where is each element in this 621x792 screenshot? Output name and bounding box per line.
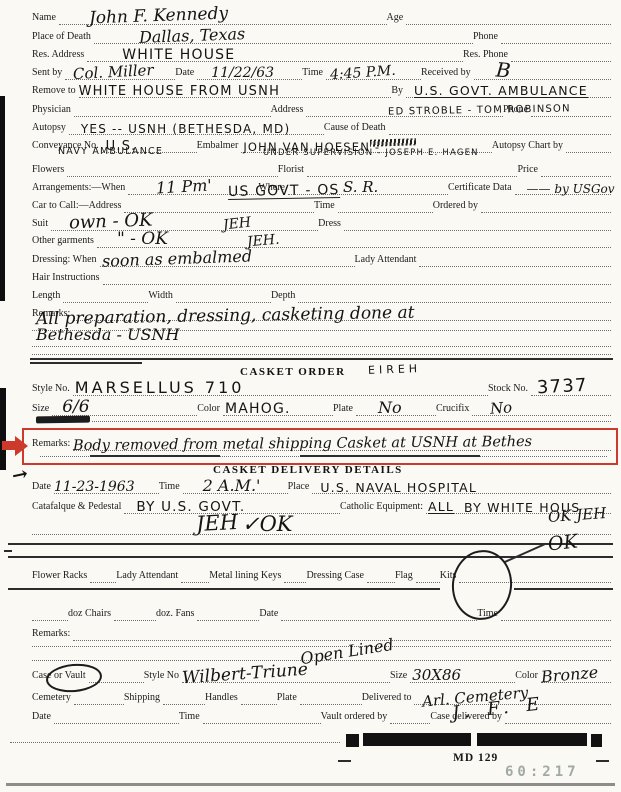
color-field: MAHOG. <box>223 400 333 416</box>
crucifix-field: No <box>472 400 611 416</box>
delivered-to-label: Delivered to <box>362 693 415 705</box>
size-row: Size 6/6 Color MAHOG. Plate No Crucifix … <box>32 399 611 416</box>
vault-style-value: Wilbert-Triune <box>182 662 309 688</box>
jeh-annotation: JEH <box>195 512 238 535</box>
date-field: 11/22/63 <box>197 64 302 80</box>
vault-color-value: Bronze <box>540 665 598 686</box>
casket-order-title: CASKET ORDER <box>240 366 346 378</box>
delivery-time-value: 2 A.M.' <box>203 478 261 494</box>
flowers-field <box>67 161 278 177</box>
heavy-rule <box>8 556 613 558</box>
catafalque-label: Catafalque & Pedestal <box>32 502 124 514</box>
form-number: MD 129 <box>453 753 498 765</box>
obscured-label-smudge <box>36 416 90 424</box>
florist-label: Florist <box>278 165 307 177</box>
res-phone-field <box>511 46 611 62</box>
embalmer-label: Embalmer <box>197 141 242 153</box>
size-field: 6/6 <box>52 400 197 416</box>
res-address-value: WHITE HOUSE <box>122 48 235 62</box>
chairs-field <box>114 605 156 621</box>
age-label: Age <box>387 13 407 25</box>
place-of-death-row: Place of Death Dallas, Texas Phone <box>32 27 611 44</box>
vault-ordered-by-label: Vault ordered by <box>321 712 391 724</box>
casket-delivery-title: CASKET DELIVERY DETAILS <box>213 464 403 476</box>
vault-date-field <box>54 708 179 724</box>
suit-field: own - OK JEH <box>51 215 318 231</box>
phone-label: Phone <box>473 32 501 44</box>
style-no-row: Style No. MARSELLUS 710 Stock No. 3737 <box>32 379 611 396</box>
lady-attendant2-field <box>181 567 209 583</box>
where-value: S. R. <box>343 180 378 195</box>
red-arrow-annotation <box>2 441 15 450</box>
name-field: John F. Kennedy <box>59 9 387 25</box>
scan-edge-artifact <box>0 96 5 301</box>
conveyance-sub-note: NAVY AMBULANCE <box>58 147 163 157</box>
dress-label: Dress <box>318 219 344 231</box>
shipping-label: Shipping <box>124 693 163 705</box>
stock-no-label: Stock No. <box>488 384 531 396</box>
delivery-remarks-field <box>73 625 611 641</box>
flowers-row: Flowers Florist Price <box>32 160 611 177</box>
chairs-time-field <box>501 605 611 621</box>
lady-attendant2-label: Lady Attendant <box>116 571 181 583</box>
catafalque-row: Catafalque & Pedestal BY U.S. GOVT. Cath… <box>32 497 611 514</box>
crucifix-label: Crucifix <box>436 404 472 416</box>
certificate-data-value: —— by USGov <box>527 183 615 195</box>
width-label: Width <box>148 291 176 303</box>
delivery-date-label: Date <box>32 482 54 494</box>
suit-label: Suit <box>32 219 51 231</box>
by-value: U.S. GOVT. AMBULANCE <box>414 85 588 99</box>
florist-field <box>307 161 518 177</box>
ok-annotation: OK <box>547 532 579 554</box>
received-by-value: B <box>495 59 511 80</box>
delivery-time-label: Time <box>159 482 183 494</box>
dimensions-row: Length Width Depth <box>32 286 611 303</box>
casket-order-note: EIREH <box>368 363 421 376</box>
dressing-row: Dressing: When soon as embalmed Lady Att… <box>32 250 611 267</box>
style-no-label: Style No. <box>32 384 73 396</box>
vault-row: Case or Vault Style No Wilbert-Triune Si… <box>32 666 611 683</box>
suit-initials: JEH <box>222 216 251 233</box>
date-label: Date <box>175 68 197 80</box>
red-arrow-head <box>15 436 28 456</box>
plate-value: No <box>378 400 402 416</box>
delivery-remarks-row: Remarks: <box>32 624 611 641</box>
chairs-time-label: Time <box>477 609 501 621</box>
sent-by-row: Sent by Col. Miller Date 11/22/63 Time 4… <box>32 63 611 80</box>
doz-fans-label: doz. Fans <box>156 609 197 621</box>
certificate-data-label: Certificate Data <box>448 183 515 195</box>
delivery-date-value: 11-23-1963 <box>54 480 135 494</box>
ordered-by-label: Ordered by <box>433 201 481 213</box>
vault-size-label: Size <box>390 671 410 683</box>
received-by-label: Received by <box>421 68 474 80</box>
heavy-rule <box>8 588 440 590</box>
metal-lining-keys-label: Metal lining Keys <box>209 571 284 583</box>
arrangements-label: Arrangements:—When <box>32 183 128 195</box>
vault-size-value: 30X86 <box>412 668 461 683</box>
page-stamp: 60:217 <box>505 764 580 780</box>
footer-dash <box>596 760 609 762</box>
redaction-bar <box>346 734 359 747</box>
call-time-field <box>338 197 433 213</box>
delivery-remarks-label: Remarks: <box>32 629 73 641</box>
delivery-time-field: 2 A.M.' <box>183 478 288 494</box>
time-field: 4:45 P.M. <box>326 64 421 80</box>
ok-jeh-annotation: OK JEH <box>548 506 607 525</box>
section-divider <box>30 358 613 360</box>
plate-label: Plate <box>333 404 356 416</box>
underline-stroke <box>90 455 220 457</box>
doz-chairs-label: doz Chairs <box>68 609 114 621</box>
hair-instructions-label: Hair Instructions <box>32 273 103 285</box>
res-address-row: Res. Address WHITE HOUSE Res. Phone <box>32 45 611 62</box>
res-address-field: WHITE HOUSE <box>87 46 463 62</box>
dotted-line <box>32 346 611 347</box>
dress-field <box>344 215 611 231</box>
autopsy-chart-field <box>566 137 611 153</box>
catholic-equipment-label: Catholic Equipment: <box>340 502 426 514</box>
place-of-death-field: Dallas, Texas <box>94 28 473 44</box>
redaction-bar <box>477 733 587 746</box>
other-garments-field: " - OK JEH. <box>97 232 611 248</box>
hair-instructions-field <box>103 269 612 285</box>
price-label: Price <box>517 165 541 177</box>
date-value: 11/22/63 <box>211 66 274 80</box>
plate-field: No <box>356 400 436 416</box>
lady-attendant-label: Lady Attendant <box>355 255 420 267</box>
length-label: Length <box>32 291 63 303</box>
dressing-when-value: soon as embalmed <box>101 248 252 269</box>
chairs-date-label: Date <box>259 609 281 621</box>
jeh-ok-annotation: ✓OK <box>242 514 293 535</box>
other-garments-value: " - OK <box>117 231 168 248</box>
dotted-line <box>32 354 611 355</box>
res-address-label: Res. Address <box>32 50 87 62</box>
dressing-when-label: Dressing: When <box>32 255 100 267</box>
physician-field <box>74 101 271 117</box>
autopsy-chart-label: Autopsy Chart by <box>492 141 566 153</box>
physician-address-label: Address <box>271 105 307 117</box>
sent-by-label: Sent by <box>32 68 65 80</box>
color-label: Color <box>197 404 223 416</box>
sent-by-field: Col. Miller <box>65 64 175 80</box>
cemetery-label: Cemetery <box>32 693 74 705</box>
car-to-call-field <box>124 197 314 213</box>
length-field <box>63 287 148 303</box>
cause-of-death-field <box>389 119 611 135</box>
age-field <box>406 9 611 25</box>
style-no-field: MARSELLUS 710 <box>73 380 488 396</box>
crucifix-value: No <box>490 400 513 417</box>
metal-lining-keys-field <box>284 567 306 583</box>
casket-remarks-field: Body removed from metal shipping Casket … <box>73 435 611 451</box>
lady-attendant-field <box>419 251 611 267</box>
catholic-equipment-all: ALL <box>428 501 454 515</box>
autopsy-value: YES -- USNH (BETHESDA, MD) <box>81 123 290 135</box>
arrangements-when-value: 11 Pm' <box>156 178 213 197</box>
vault-color-label: Color <box>515 671 541 683</box>
chairs-count-field <box>32 605 68 621</box>
flag-label: Flag <box>395 571 416 583</box>
stock-no-field: 3737 <box>531 380 611 396</box>
size-value: 6/6 <box>62 399 89 416</box>
remove-to-field: WHITE HOUSE FROM USNH <box>79 82 392 98</box>
handles-field <box>241 689 277 705</box>
casket-remarks-row: Remarks: Body removed from metal shippin… <box>32 434 611 451</box>
physician-label: Physician <box>32 105 74 117</box>
flowers-label: Flowers <box>32 165 67 177</box>
scan-edge-artifact <box>0 388 6 470</box>
by-field: U.S. GOVT. AMBULANCE <box>406 82 611 98</box>
phone-field <box>501 28 611 44</box>
time-label: Time <box>302 68 326 80</box>
hair-instructions-row: Hair Instructions <box>32 268 611 285</box>
cemetery-field <box>74 689 124 705</box>
vault-ordered-by-field <box>390 708 430 724</box>
delivery-place-label: Place <box>288 482 313 494</box>
remove-to-label: Remove to <box>32 86 79 98</box>
name-row: Name John F. Kennedy Age <box>32 8 611 25</box>
ordered-by-field <box>481 197 611 213</box>
place-of-death-label: Place of Death <box>32 32 94 44</box>
flower-racks-label: Flower Racks <box>32 571 90 583</box>
other-garments-row: Other garments " - OK JEH. <box>32 231 611 248</box>
name-value: John F. Kennedy <box>89 6 229 28</box>
depth-label: Depth <box>271 291 298 303</box>
redaction-bar <box>363 733 471 746</box>
pen-stroke <box>504 543 547 564</box>
heavy-rule <box>514 588 613 590</box>
delivery-date-field: 11-23-1963 <box>54 478 159 494</box>
color-value: MAHOG. <box>225 402 291 416</box>
dressing-case-field <box>367 567 395 583</box>
cause-of-death-label: Cause of Death <box>324 123 389 135</box>
by-label: By <box>391 86 406 98</box>
name-label: Name <box>32 13 59 25</box>
size-label: Size <box>32 404 52 416</box>
style-no-value: MARSELLUS 710 <box>75 380 245 396</box>
dressing-case-label: Dressing Case <box>306 571 367 583</box>
autopsy-row: Autopsy YES -- USNH (BETHESDA, MD) Cause… <box>32 118 611 135</box>
casket-remarks-value: Body removed from metal shipping Casket … <box>73 434 532 453</box>
other-garments-label: Other garments <box>32 236 97 248</box>
flower-racks-field <box>90 567 116 583</box>
vault-time-label: Time <box>179 712 203 724</box>
chairs-date-field <box>281 605 477 621</box>
scan-bottom-edge <box>6 783 615 786</box>
open-lined-note: Open Lined <box>299 637 394 668</box>
vault-color-field: Bronze <box>541 667 611 683</box>
checklist-row: Flower Racks Lady Attendant Metal lining… <box>32 566 611 583</box>
dressing-when-field: soon as embalmed <box>100 251 355 267</box>
delivery-date-row: Date 11-23-1963 Time 2 A.M.' Place U.S. … <box>32 477 611 494</box>
vault-size-field: 30X86 <box>410 667 515 683</box>
place-of-death-value: Dallas, Texas <box>139 26 246 46</box>
autopsy-label: Autopsy <box>32 123 69 135</box>
depth-field <box>298 287 611 303</box>
underline-stroke <box>300 455 480 457</box>
vault-style-label: Style No <box>144 671 182 683</box>
remarks-line2: Bethesda - USNH <box>36 327 179 343</box>
heavy-rule <box>8 543 613 545</box>
time-value: 4:45 P.M. <box>330 64 397 83</box>
autopsy-field: YES -- USNH (BETHESDA, MD) <box>69 119 324 135</box>
car-to-call-value: US GOVT - OS <box>228 183 340 200</box>
scanned-funeral-record-form: Name John F. Kennedy Age Place of Death … <box>0 0 621 792</box>
price-field <box>541 161 611 177</box>
dotted-line <box>32 534 611 535</box>
dotted-line <box>10 742 340 743</box>
supervision-note: UNDER SUPERVISION - JOSEPH E. HAGEN <box>263 149 479 158</box>
redaction-bar <box>591 734 602 747</box>
call-time-label: Time <box>314 201 338 213</box>
section-divider <box>30 362 142 364</box>
width-field <box>176 287 271 303</box>
chairs-fans-row: doz Chairs doz. Fans Date Time <box>32 604 611 621</box>
delivery-place-value: U.S. NAVAL HOSPITAL <box>320 482 477 495</box>
remove-to-row: Remove to WHITE HOUSE FROM USNH By U.S. … <box>32 81 611 98</box>
stock-no-value: 3737 <box>537 377 588 398</box>
shipping-field <box>163 689 205 705</box>
vault-time-field <box>203 708 321 724</box>
footer-dash <box>338 760 351 762</box>
hand-arrow-annotation: → <box>10 465 30 487</box>
certificate-data-field: —— by USGov <box>515 179 611 195</box>
casket-remarks-label: Remarks: <box>32 439 73 451</box>
stray-dash <box>4 550 12 552</box>
vault-style-field: Wilbert-Triune <box>182 667 390 683</box>
remove-to-value: WHITE HOUSE FROM USNH <box>79 85 280 98</box>
vault-plate-label: Plate <box>277 693 300 705</box>
flag-field <box>416 567 440 583</box>
vault-date-label: Date <box>32 712 54 724</box>
received-by-field: B <box>474 64 611 80</box>
fans-field <box>197 605 259 621</box>
delivery-place-field: U.S. NAVAL HOSPITAL <box>312 478 611 494</box>
dotted-line <box>92 421 611 422</box>
sent-by-value: Col. Miller <box>73 63 154 82</box>
handles-label: Handles <box>205 693 241 705</box>
vault-plate-field <box>300 689 362 705</box>
